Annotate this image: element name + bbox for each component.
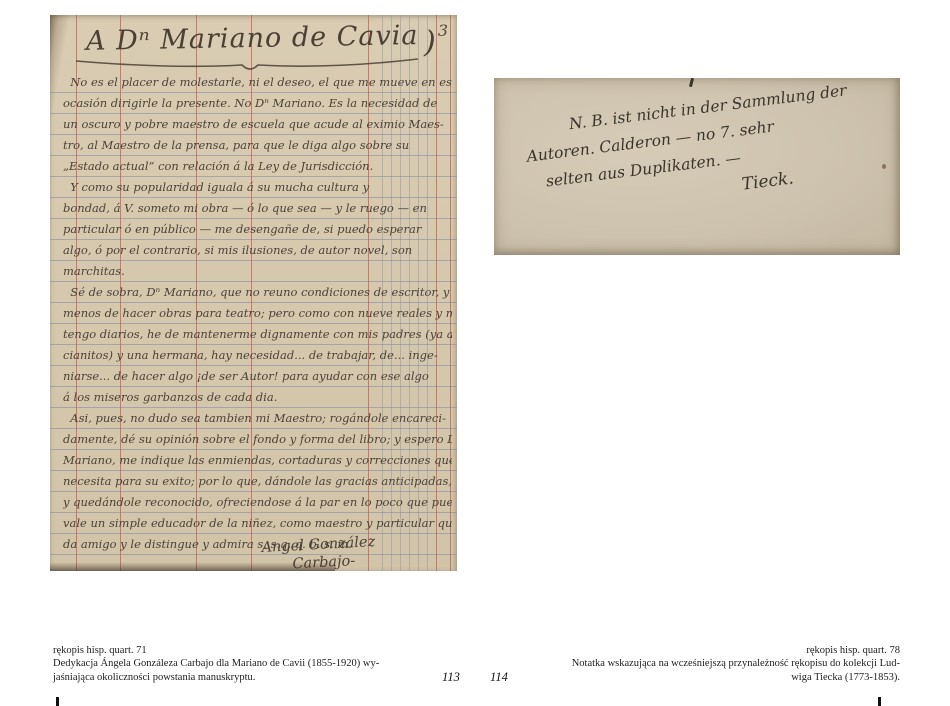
manuscript-text-line: vale un simple educador de la niñez, com… — [63, 513, 452, 534]
manuscript-text-line: y quedándole reconocido, ofreciendose á … — [63, 492, 452, 513]
catalog-page-spread: { "page": { "left_page_number": "113", "… — [0, 0, 950, 706]
manuscript-facsimile-left: A Dⁿ Mariano de Cavia ) 3 No es el place… — [50, 15, 457, 571]
manuscript-text-line: marchitas. — [63, 261, 452, 282]
manuscript-text-line: Asi, pues, no dudo sea tambien mi Maestr… — [63, 408, 452, 429]
caption-text-line: Notatka wskazująca na wcześniejszą przyn… — [538, 657, 900, 670]
manuscript-folio-number: 3 — [438, 21, 448, 40]
print-registration-mark — [878, 697, 881, 706]
ink-mark — [689, 78, 694, 87]
caption-text-line: Dedykacja Ángela Gonzáleza Carbajo dla M… — [53, 657, 415, 670]
caption-left-body: Dedykacja Ángela Gonzáleza Carbajo dla M… — [53, 657, 415, 684]
shelfmark-left: rękopis hisp. quart. 71 — [53, 644, 415, 657]
caption-text-line: wiga Tiecka (1773-1853). — [538, 671, 900, 684]
tieck-note-text: N. B. ist nicht in der Sammlung der Auto… — [514, 78, 898, 225]
manuscript-text-line: damente, dé su opinión sobre el fondo y … — [63, 429, 452, 450]
manuscript-text-line: á los miseros garbanzos de cada dia. — [63, 387, 452, 408]
manuscript-text-line: cianitos) y una hermana, hay necesidad..… — [63, 345, 452, 366]
manuscript-facsimile-right: N. B. ist nicht in der Sammlung der Auto… — [494, 78, 900, 255]
manuscript-body-text: No es el placer de molestarle, ni el des… — [63, 72, 452, 555]
page-number-right: 114 — [490, 670, 508, 685]
shelfmark-right: rękopis hisp. quart. 78 — [538, 644, 900, 657]
manuscript-text-line: ocasión dirigirle la presente. No Dⁿ Mar… — [63, 93, 452, 114]
manuscript-title: A Dⁿ Mariano de Cavia — [86, 20, 416, 57]
page-number-left: 113 — [442, 670, 460, 685]
manuscript-text-line: un oscuro y pobre maestro de escuela que… — [63, 114, 452, 135]
manuscript-text-line: Sé de sobra, Dⁿ Mariano, que no reuno co… — [63, 282, 452, 303]
manuscript-text-line: particular ó en público — me desengañe d… — [63, 219, 452, 240]
manuscript-text-line: No es el placer de molestarle, ni el des… — [63, 72, 452, 93]
manuscript-text-line: menos de hacer obras para teatro; pero c… — [63, 303, 452, 324]
manuscript-text-line: da amigo y le distingue y admira s. s.q.… — [63, 534, 452, 555]
caption-left: rękopis hisp. quart. 71 Dedykacja Ángela… — [53, 644, 415, 684]
caption-right: rękopis hisp. quart. 78 Notatka wskazują… — [538, 644, 900, 684]
manuscript-text-line: „Estado actual” con relación á la Ley de… — [63, 156, 452, 177]
manuscript-text-line: necesita para su exito; por lo que, dánd… — [63, 471, 452, 492]
manuscript-signature: Angel González Carbajo- — [261, 533, 376, 571]
manuscript-text-line: tengo diarios, he de mantenerme dignamen… — [63, 324, 452, 345]
manuscript-text-line: niarse... de hacer algo ¡de ser Autor! p… — [63, 366, 452, 387]
print-registration-mark — [56, 697, 59, 706]
manuscript-text-line: bondad, á V. someto mi obra — ó lo que s… — [63, 198, 452, 219]
caption-text-line: jaśniająca okoliczności powstania manusk… — [53, 671, 415, 684]
manuscript-text-line: Y como su popularidad iguala á su mucha … — [63, 177, 452, 198]
caption-right-body: Notatka wskazująca na wcześniejszą przyn… — [538, 657, 900, 684]
manuscript-text-line: Mariano, me indique las enmiendas, corta… — [63, 450, 452, 471]
title-flourish-paren: ) — [424, 25, 436, 60]
manuscript-text-line: algo, ó por el contrario, si mis ilusion… — [63, 240, 452, 261]
manuscript-text-line: tro, al Maestro de la prensa, para que l… — [63, 135, 452, 156]
